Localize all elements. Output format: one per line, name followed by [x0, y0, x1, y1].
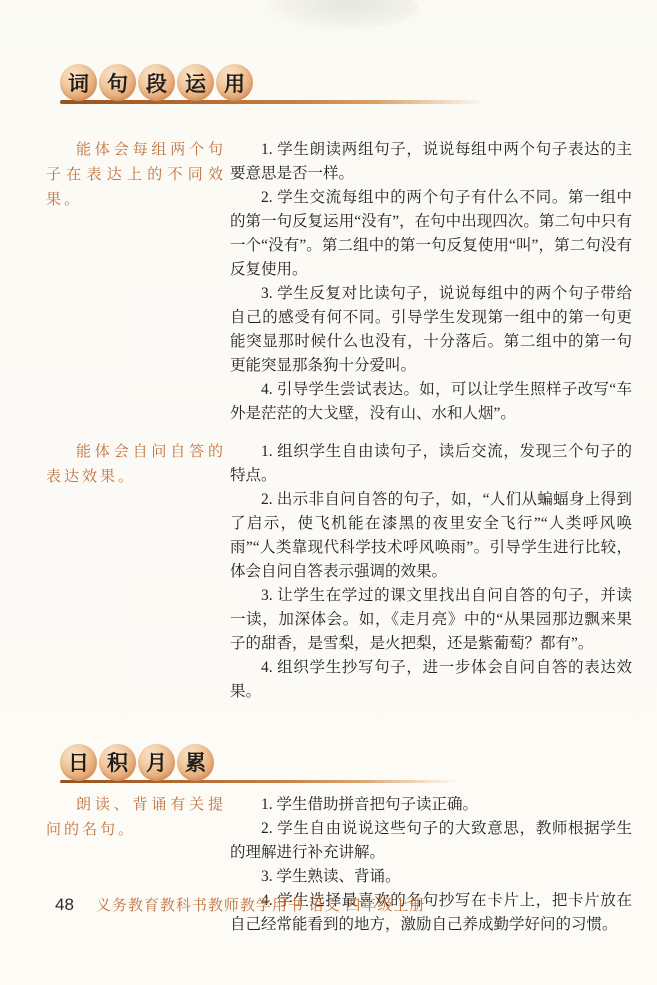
section-badge-row: 词 句 段 运 用	[60, 64, 657, 101]
scan-smudge-artifact	[268, 0, 418, 30]
page-footer: 48 义务教育教科书教师教学用书 语文 四年级上册	[55, 894, 425, 915]
body-paragraph: 3. 学生熟读、背诵。	[230, 865, 632, 889]
badge-char-circle: 日	[60, 744, 97, 781]
book-page: 词 句 段 运 用 能体会每组两个句子在表达上的不同效果。 1. 学生朗读两组句…	[0, 0, 657, 985]
body-paragraph: 2. 出示非自问自答的句子，如，“人们从蝙蝠身上得到了启示，使飞机能在漆黑的夜里…	[230, 488, 632, 584]
margin-note: 朗读、背诵有关提问的名句。	[46, 793, 226, 843]
margin-note-column: 能体会每组两个句子在表达上的不同效果。	[46, 138, 226, 426]
badge-char-circle: 运	[177, 64, 214, 101]
badge-char-circle: 段	[138, 64, 175, 101]
body-paragraph: 4. 组织学生抄写句子，进一步体会自问自答的表达效果。	[230, 656, 632, 704]
body-paragraph: 2. 学生交流每组中的两个句子有什么不同。第一组中的第一句反复运用“没有”，在句…	[230, 186, 632, 282]
badge-char-circle: 词	[60, 64, 97, 101]
badge-char-circle: 积	[99, 744, 136, 781]
section-header-rijiyuelei: 日 积 月 累	[60, 744, 657, 784]
body-paragraph: 2. 学生自由说说这些句子的大致意思，教师根据学生的理解进行补充讲解。	[230, 817, 632, 865]
margin-note: 能体会自问自答的表达效果。	[46, 440, 226, 490]
page-number: 48	[55, 895, 74, 915]
margin-note-column: 能体会自问自答的表达效果。	[46, 440, 226, 704]
body-paragraph: 1. 学生朗读两组句子，说说每组中两个句子表达的主要意思是否一样。	[230, 138, 632, 186]
body-paragraph: 3. 学生反复对比读句子，说说每组中的两个句子带给自己的感受有何不同。引导学生发…	[230, 282, 632, 378]
margin-note: 能体会每组两个句子在表达上的不同效果。	[46, 138, 226, 213]
body-paragraph: 1. 学生借助拼音把句子读正确。	[230, 793, 632, 817]
section-header-underline	[60, 100, 484, 104]
book-title: 义务教育教科书教师教学用书 语文 四年级上册	[96, 894, 426, 915]
section-badge-row: 日 积 月 累	[60, 744, 657, 781]
body-paragraph: 3. 让学生在学过的课文里找出自问自答的句子，并读一读，加深体会。如，《走月亮》…	[230, 584, 632, 656]
content-block: 能体会自问自答的表达效果。 1. 组织学生自由读句子，读后交流，发现三个句子的特…	[0, 440, 657, 704]
badge-char-circle: 句	[99, 64, 136, 101]
body-column: 1. 组织学生自由读句子，读后交流，发现三个句子的特点。 2. 出示非自问自答的…	[230, 440, 632, 704]
body-column: 1. 学生借助拼音把句子读正确。 2. 学生自由说说这些句子的大致意思，教师根据…	[230, 793, 632, 937]
body-column: 1. 学生朗读两组句子，说说每组中两个句子表达的主要意思是否一样。 2. 学生交…	[230, 138, 632, 426]
badge-char-circle: 用	[216, 64, 253, 101]
body-paragraph: 4. 引导学生尝试表达。如，可以让学生照样子改写“车外是茫茫的大戈壁，没有山、水…	[230, 378, 632, 426]
section-header-cijuduan: 词 句 段 运 用	[60, 64, 657, 104]
badge-char-circle: 月	[138, 744, 175, 781]
content-block: 朗读、背诵有关提问的名句。 1. 学生借助拼音把句子读正确。 2. 学生自由说说…	[0, 793, 657, 937]
badge-char-circle: 累	[177, 744, 214, 781]
content-block: 能体会每组两个句子在表达上的不同效果。 1. 学生朗读两组句子，说说每组中两个句…	[0, 138, 657, 426]
margin-note-column: 朗读、背诵有关提问的名句。	[46, 793, 226, 937]
body-paragraph: 1. 组织学生自由读句子，读后交流，发现三个句子的特点。	[230, 440, 632, 488]
